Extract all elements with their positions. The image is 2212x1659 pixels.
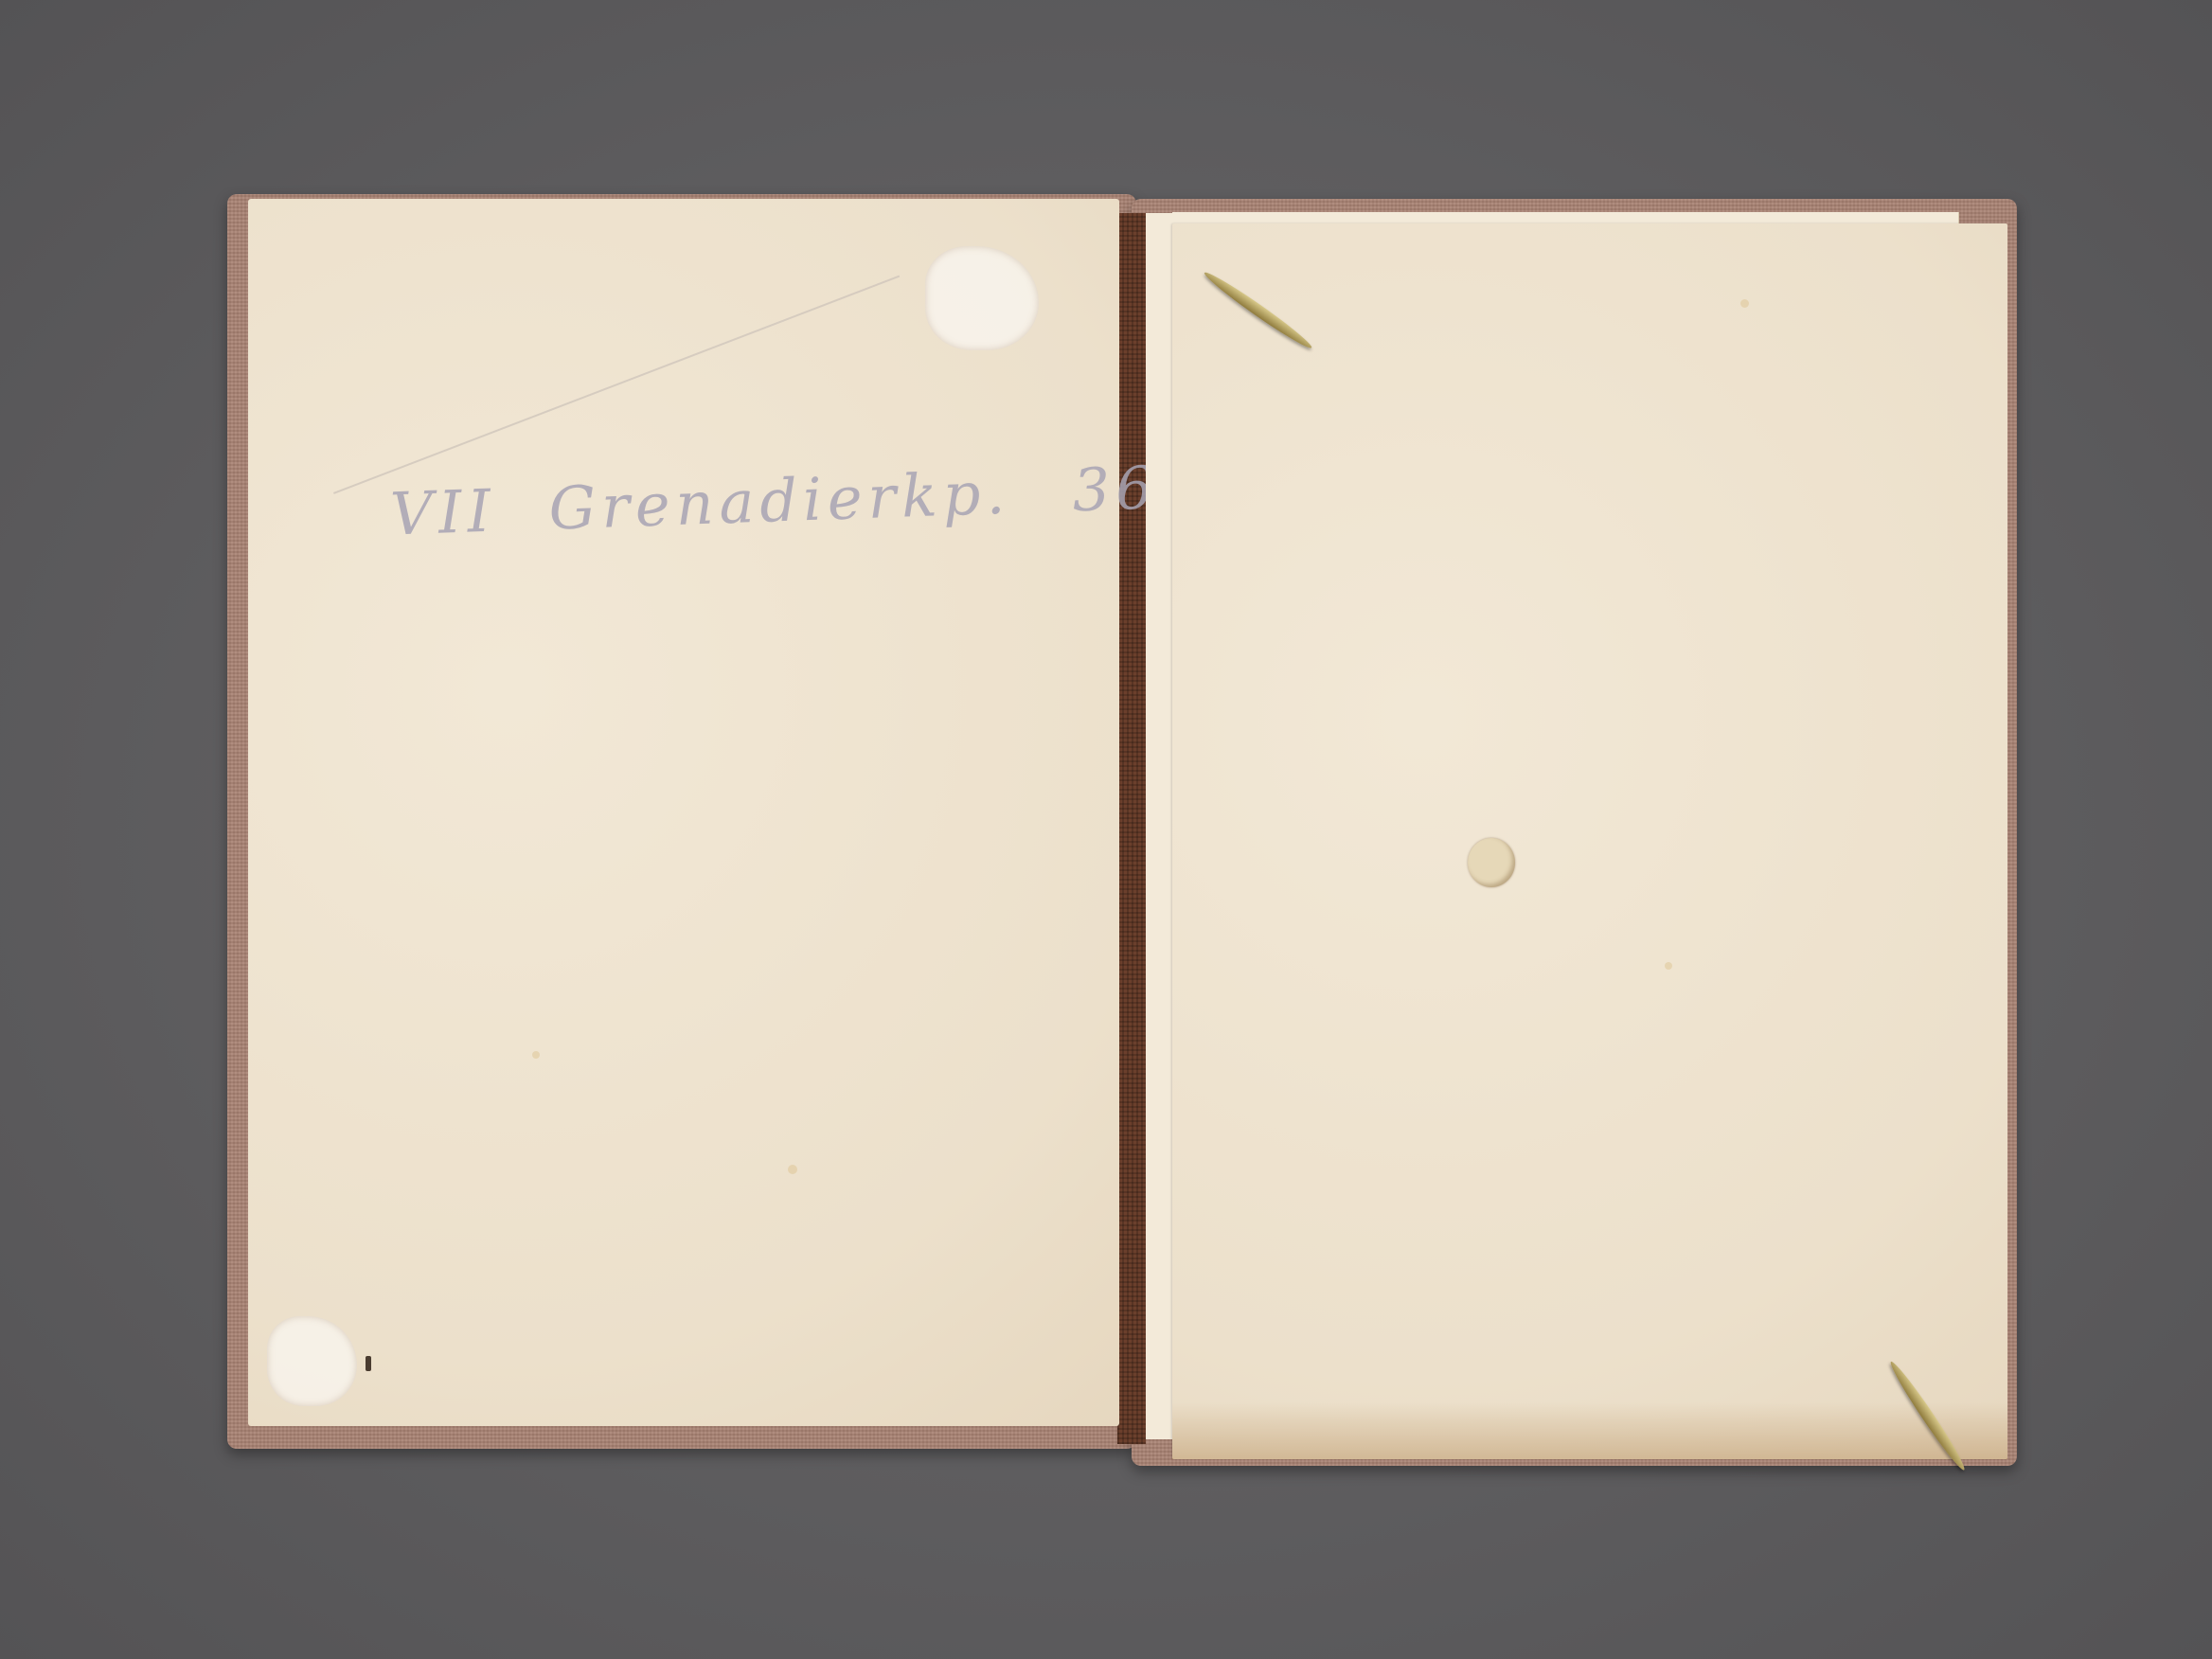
left-page: VII Grenadierkp. 36 I/ii <box>248 199 1119 1426</box>
foxing-spot <box>1665 962 1672 970</box>
foxing-spot <box>532 1051 540 1059</box>
book-spine <box>1117 213 1146 1444</box>
ink-spot <box>366 1356 371 1371</box>
page-block-edge <box>1146 213 1173 1439</box>
punched-hole <box>1468 838 1515 887</box>
inscription-roman-numeral: VII <box>389 476 497 549</box>
pencil-line <box>333 276 900 494</box>
torn-paper-residue-top <box>925 246 1039 350</box>
torn-corner-bottom <box>267 1316 357 1406</box>
stained-bottom-edge <box>1172 1402 2007 1459</box>
foxing-spot <box>788 1165 797 1174</box>
right-page <box>1172 223 2007 1459</box>
inscription-word: Grenadierkp. <box>547 458 1011 544</box>
foxing-spot <box>1740 299 1749 308</box>
